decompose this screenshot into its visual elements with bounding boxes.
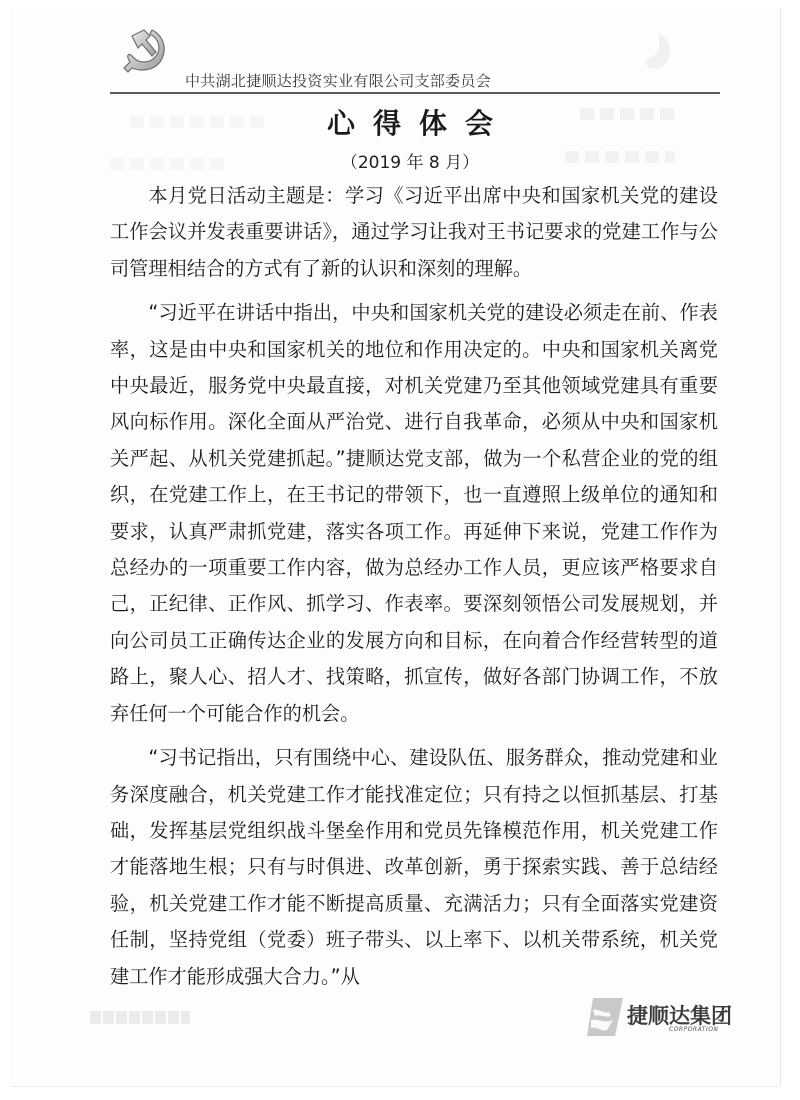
ghost-emblem-icon: [637, 30, 681, 74]
bleed-through-texture: [90, 1011, 190, 1024]
company-logo: 捷顺达集团 CORPORATION: [587, 998, 737, 1038]
document-title: 心得体会: [10, 102, 800, 142]
header-divider: [110, 92, 720, 94]
paragraph: “习书记指出，只有围绕中心、建设队伍、服务群众，推动党建和业务深度融合，机关党建…: [110, 740, 718, 995]
company-logo-subtitle: CORPORATION: [669, 1026, 718, 1033]
party-emblem-icon: [122, 26, 170, 74]
document-date: （2019 年 8 月）: [10, 148, 800, 173]
document-page: 中共湖北捷顺达投资实业有限公司支部委员会 心得体会 （2019 年 8 月） 本…: [10, 8, 780, 1086]
company-logo-icon: [587, 998, 623, 1036]
organization-name: 中共湖北捷顺达投资实业有限公司支部委员会: [185, 70, 491, 91]
document-body: 本月党日活动主题是：学习《习近平出席中央和国家机关党的建设工作会议并发表重要讲话…: [110, 178, 718, 1003]
paragraph: 本月党日活动主题是：学习《习近平出席中央和国家机关党的建设工作会议并发表重要讲话…: [110, 178, 718, 287]
paragraph: “习近平在讲话中指出，中央和国家机关党的建设必须走在前、作表率，这是由中央和国家…: [110, 295, 718, 732]
